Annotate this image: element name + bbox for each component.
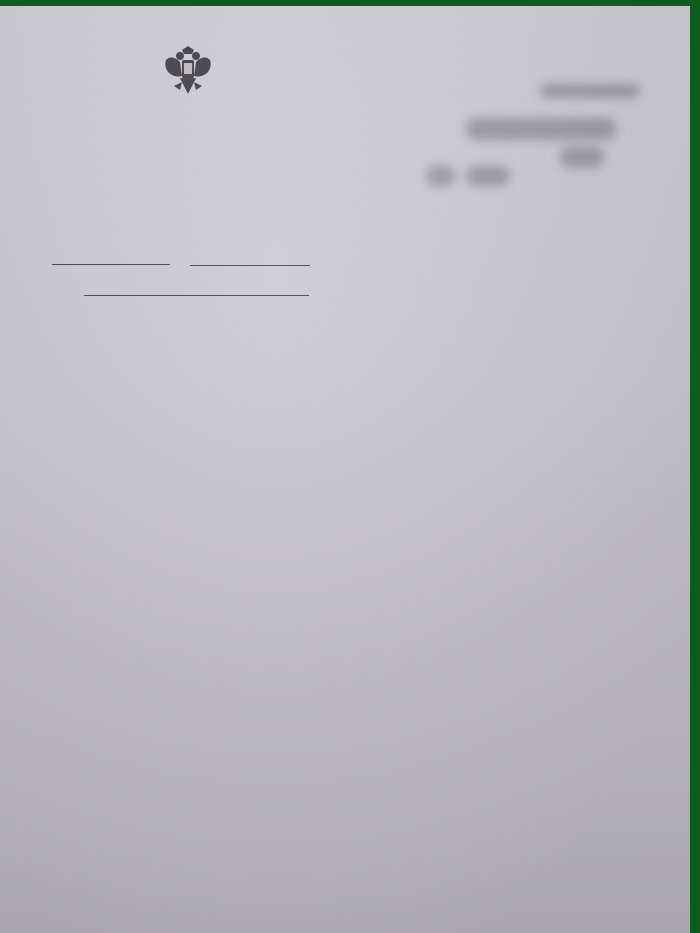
reply-to-underline [84,295,309,296]
barcode [522,54,644,88]
redaction [466,118,616,140]
date-underline [52,264,170,265]
redaction [540,84,640,98]
number-underline [190,265,310,266]
redaction [560,146,604,168]
letter-page [0,6,690,933]
russian-coat-of-arms-icon [162,44,214,98]
